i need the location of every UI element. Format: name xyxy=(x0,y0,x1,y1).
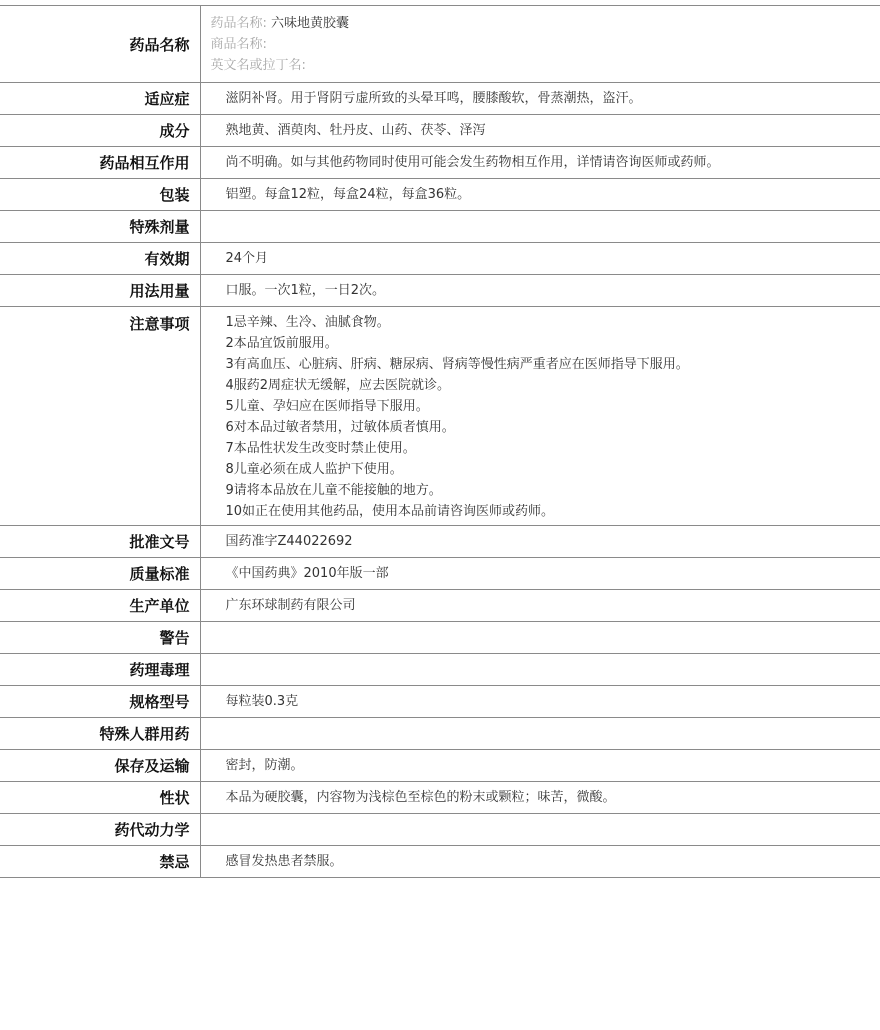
table-row-ingredients: 成分 熟地黄、酒萸肉、牡丹皮、山药、茯苓、泽泻 xyxy=(0,115,880,147)
row-value xyxy=(200,211,880,243)
row-value: 感冒发热患者禁服。 xyxy=(200,846,880,878)
table-row-manufacturer: 生产单位 广东环球制药有限公司 xyxy=(0,590,880,622)
precaution-item: 6对本品过敏者禁用，过敏体质者慎用。 xyxy=(226,417,880,438)
precautions-list: 1忌辛辣、生冷、油腻食物。 2本品宜饭前服用。 3有高血压、心脏病、肝病、糖尿病… xyxy=(200,307,880,526)
row-value: 每粒装0.3克 xyxy=(200,686,880,718)
row-label: 保存及运输 xyxy=(0,750,200,782)
row-value: 铝塑。每盒12粒，每盒24粒，每盒36粒。 xyxy=(200,179,880,211)
precaution-item: 3有高血压、心脏病、肝病、糖尿病、肾病等慢性病严重者应在医师指导下服用。 xyxy=(226,354,880,375)
table-row-contraindications: 禁忌 感冒发热患者禁服。 xyxy=(0,846,880,878)
row-value: 熟地黄、酒萸肉、牡丹皮、山药、茯苓、泽泻 xyxy=(200,115,880,147)
row-label: 特殊剂量 xyxy=(0,211,200,243)
table-row-pharmacokinetics: 药代动力学 xyxy=(0,814,880,846)
row-value xyxy=(200,814,880,846)
latin-name-key: 英文名或拉丁名: xyxy=(211,58,306,73)
row-label: 药代动力学 xyxy=(0,814,200,846)
trade-name-key: 商品名称: xyxy=(211,37,267,52)
table-row-pharmacology: 药理毒理 xyxy=(0,654,880,686)
latin-name-line: 英文名或拉丁名: xyxy=(211,55,880,76)
precaution-item: 1忌辛辣、生冷、油腻食物。 xyxy=(226,312,880,333)
table-row-warning: 警告 xyxy=(0,622,880,654)
row-label: 特殊人群用药 xyxy=(0,718,200,750)
row-value: 国药准字Z44022692 xyxy=(200,526,880,558)
generic-name-value: 六味地黄胶囊 xyxy=(271,16,349,31)
table-row-storage: 保存及运输 密封，防潮。 xyxy=(0,750,880,782)
table-row-drug-name: 药品名称 药品名称: 六味地黄胶囊 商品名称: 英文名或拉丁名: xyxy=(0,6,880,83)
row-value: 滋阴补肾。用于肾阴亏虚所致的头晕耳鸣，腰膝酸软，骨蒸潮热，盗汗。 xyxy=(200,83,880,115)
row-label: 注意事项 xyxy=(0,307,200,526)
table-row-dosage: 用法用量 口服。一次1粒，一日2次。 xyxy=(0,275,880,307)
table-row-shelf-life: 有效期 24个月 xyxy=(0,243,880,275)
row-label: 适应症 xyxy=(0,83,200,115)
generic-name-line: 药品名称: 六味地黄胶囊 xyxy=(211,13,880,34)
row-label: 用法用量 xyxy=(0,275,200,307)
row-label: 质量标准 xyxy=(0,558,200,590)
row-value xyxy=(200,654,880,686)
table-row-approval-number: 批准文号 国药准字Z44022692 xyxy=(0,526,880,558)
row-label: 药品名称 xyxy=(0,6,200,83)
table-row-special-dosage: 特殊剂量 xyxy=(0,211,880,243)
row-label: 有效期 xyxy=(0,243,200,275)
row-label: 警告 xyxy=(0,622,200,654)
precaution-item: 4服药2周症状无缓解，应去医院就诊。 xyxy=(226,375,880,396)
trade-name-line: 商品名称: xyxy=(211,34,880,55)
precaution-item: 8儿童必须在成人监护下使用。 xyxy=(226,459,880,480)
generic-name-key: 药品名称: xyxy=(211,16,267,31)
row-value: 本品为硬胶囊，内容物为浅棕色至棕色的粉末或颗粒；味苦，微酸。 xyxy=(200,782,880,814)
table-row-description: 性状 本品为硬胶囊，内容物为浅棕色至棕色的粉末或颗粒；味苦，微酸。 xyxy=(0,782,880,814)
drug-name-values: 药品名称: 六味地黄胶囊 商品名称: 英文名或拉丁名: xyxy=(200,6,880,83)
row-label: 生产单位 xyxy=(0,590,200,622)
table-row-precautions: 注意事项 1忌辛辣、生冷、油腻食物。 2本品宜饭前服用。 3有高血压、心脏病、肝… xyxy=(0,307,880,526)
table-row-special-populations: 特殊人群用药 xyxy=(0,718,880,750)
row-label: 成分 xyxy=(0,115,200,147)
table-row-interactions: 药品相互作用 尚不明确。如与其他药物同时使用可能会发生药物相互作用，详情请咨询医… xyxy=(0,147,880,179)
row-label: 规格型号 xyxy=(0,686,200,718)
row-value: 24个月 xyxy=(200,243,880,275)
precaution-item: 7本品性状发生改变时禁止使用。 xyxy=(226,438,880,459)
row-value: 口服。一次1粒，一日2次。 xyxy=(200,275,880,307)
drug-spec-table: 药品名称 药品名称: 六味地黄胶囊 商品名称: 英文名或拉丁名: 适应症 滋阴补… xyxy=(0,5,880,878)
row-value xyxy=(200,622,880,654)
table-row-indications: 适应症 滋阴补肾。用于肾阴亏虚所致的头晕耳鸣，腰膝酸软，骨蒸潮热，盗汗。 xyxy=(0,83,880,115)
row-label: 批准文号 xyxy=(0,526,200,558)
row-label: 性状 xyxy=(0,782,200,814)
row-label: 包装 xyxy=(0,179,200,211)
row-value xyxy=(200,718,880,750)
precaution-item: 5儿童、孕妇应在医师指导下服用。 xyxy=(226,396,880,417)
row-value: 尚不明确。如与其他药物同时使用可能会发生药物相互作用，详情请咨询医师或药师。 xyxy=(200,147,880,179)
row-value: 广东环球制药有限公司 xyxy=(200,590,880,622)
row-label: 禁忌 xyxy=(0,846,200,878)
table-row-packaging: 包装 铝塑。每盒12粒，每盒24粒，每盒36粒。 xyxy=(0,179,880,211)
precaution-item: 9请将本品放在儿童不能接触的地方。 xyxy=(226,480,880,501)
table-row-specification: 规格型号 每粒装0.3克 xyxy=(0,686,880,718)
precaution-item: 2本品宜饭前服用。 xyxy=(226,333,880,354)
row-label: 药理毒理 xyxy=(0,654,200,686)
row-value: 密封，防潮。 xyxy=(200,750,880,782)
row-value: 《中国药典》2010年版一部 xyxy=(200,558,880,590)
precaution-item: 10如正在使用其他药品，使用本品前请咨询医师或药师。 xyxy=(226,501,880,522)
table-row-quality-standard: 质量标准 《中国药典》2010年版一部 xyxy=(0,558,880,590)
row-label: 药品相互作用 xyxy=(0,147,200,179)
